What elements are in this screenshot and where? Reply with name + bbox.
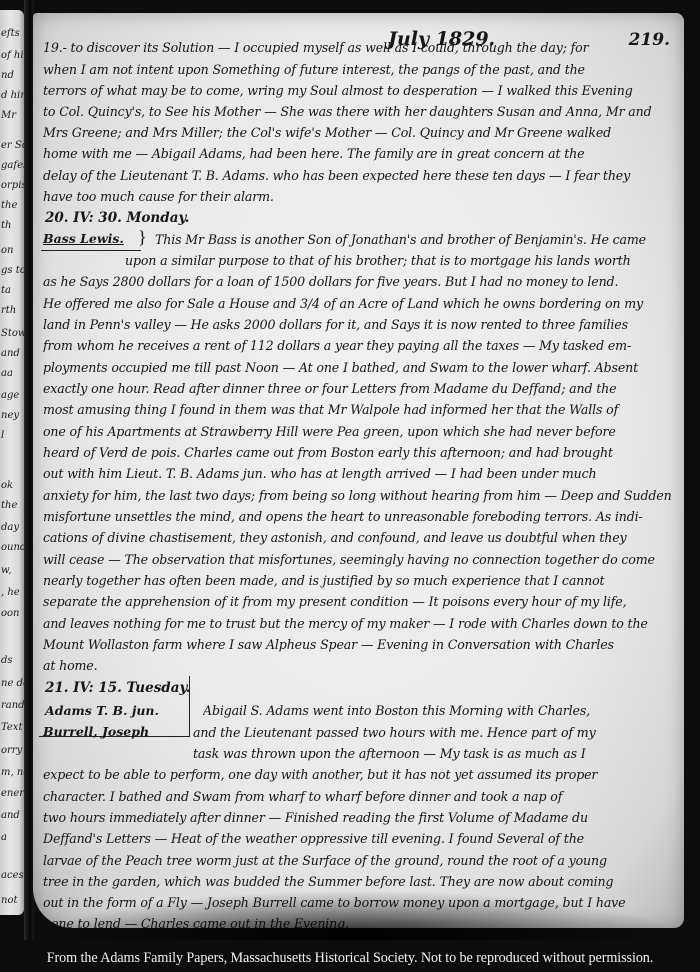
- facing-page-edge: efts of hi nd d him Mr er Son gafes orpi…: [0, 10, 24, 915]
- facing-page-fragment: orpis: [1, 180, 24, 191]
- text-line: heard of Verd de pois. Charles came out …: [43, 445, 679, 461]
- text-line: expect to be able to perform, one day wi…: [43, 767, 679, 783]
- margin-note: Bass Lewis.: [43, 231, 124, 246]
- facing-page-fragment: rand: [1, 700, 24, 711]
- text-line: exactly one hour. Read after dinner thre…: [43, 381, 679, 397]
- facing-page-fragment: rth: [1, 305, 16, 316]
- text-line: Mrs Greene; and Mrs Miller; the Col's wi…: [43, 125, 679, 141]
- margin-note: Adams T. B. jun.: [45, 703, 159, 718]
- text-line: nearly together has often been made, and…: [43, 573, 679, 589]
- facing-page-fragment: aces: [1, 870, 24, 881]
- text-line: to Col. Quincy's, to See his Mother — Sh…: [43, 104, 679, 120]
- facing-page-fragment: d him: [1, 90, 24, 101]
- facing-page-fragment: Mr: [1, 110, 16, 121]
- manuscript-page: July 1829. 219. 19.- to discover its Sol…: [33, 13, 684, 928]
- text-line: anxiety for him, the last two days; from…: [43, 488, 679, 504]
- facing-page-fragment: oon: [1, 608, 19, 619]
- text-line: Mount Wollaston farm where I saw Alpheus…: [43, 637, 679, 653]
- facing-page-fragment: ta: [1, 285, 11, 296]
- text-line: terrors of what may be to come, wring my…: [43, 83, 679, 99]
- text-line: Deffand's Letters — Heat of the weather …: [43, 831, 679, 847]
- text-line: and the Lieutenant passed two hours with…: [193, 725, 679, 741]
- facing-page-fragment: th: [1, 220, 11, 231]
- text-line: Abigail S. Adams went into Boston this M…: [203, 703, 679, 719]
- text-line: tree in the garden, which was budded the…: [43, 874, 679, 890]
- text-line: upon a similar purpose to that of his br…: [125, 253, 679, 269]
- facing-page-fragment: , he: [1, 587, 20, 598]
- text-line: two hours immediately after dinner — Fin…: [43, 810, 679, 826]
- facing-page-fragment: aa: [1, 368, 13, 379]
- text-line: home with me — Abigail Adams, had been h…: [43, 146, 679, 162]
- text-line: from whom he receives a rent of 112 doll…: [43, 338, 679, 354]
- facing-page-fragment: and: [1, 810, 20, 821]
- text-line: as he Says 2800 dollars for a loan of 15…: [43, 274, 679, 290]
- facing-page-fragment: ds: [1, 655, 13, 666]
- text-line: when I am not intent upon Something of f…: [43, 62, 679, 78]
- facing-page-fragment: ener: [1, 788, 24, 799]
- text-line: land in Penn's valley — He asks 2000 dol…: [43, 317, 679, 333]
- text-line: character. I bathed and Swam from wharf …: [43, 789, 679, 805]
- text-line: out with him Lieut. T. B. Adams jun. who…: [43, 466, 679, 482]
- facing-page-fragment: ne de: [1, 678, 24, 689]
- text-line: at home.: [43, 658, 679, 674]
- manuscript-viewer: efts of hi nd d him Mr er Son gafes orpi…: [0, 0, 700, 972]
- text-line: misfortune unsettles the mind, and opens…: [43, 509, 679, 525]
- text-line: cations of divine chastisement, they ast…: [43, 530, 679, 546]
- text-line: task was thrown upon the afternoon — My …: [193, 746, 679, 762]
- text-line: most amusing thing I found in them was t…: [43, 402, 679, 418]
- facing-page-fragment: day: [1, 522, 19, 533]
- facing-page-fragment: w,: [1, 565, 12, 576]
- margin-bracket: }: [138, 227, 147, 248]
- text-line: out in the form of a Fly — Joseph Burrel…: [43, 895, 679, 911]
- facing-page-fragment: and: [1, 348, 20, 359]
- text-line: This Mr Bass is another Son of Jonathan'…: [155, 232, 679, 248]
- facing-page-fragment: ney: [1, 410, 19, 421]
- facing-page-fragment: a: [1, 832, 7, 843]
- facing-page-fragment: gs to: [1, 265, 24, 276]
- text-line: have too much cause for their alarm.: [43, 189, 679, 205]
- facing-page-fragment: on: [1, 245, 13, 256]
- text-line: separate the apprehension of it from my …: [43, 594, 679, 610]
- copyright-footer: From the Adams Family Papers, Massachuse…: [0, 950, 700, 967]
- text-line: and leaves nothing for me to trust but t…: [43, 616, 679, 632]
- text-line: one of his Apartments at Strawberry Hill…: [43, 424, 679, 440]
- text-line: larvae of the Peach tree worm just at th…: [43, 853, 679, 869]
- text-line: He offered me also for Sale a House and …: [43, 296, 679, 312]
- facing-page-fragment: ound: [1, 542, 24, 553]
- text-line: 19.- to discover its Solution — I occupi…: [43, 40, 679, 56]
- margin-note: Burrell, Joseph: [43, 724, 149, 739]
- text-line: none to lend — Charles came out in the E…: [43, 916, 679, 928]
- facing-page-fragment: ok: [1, 480, 13, 491]
- facing-page-fragment: of hi: [1, 50, 24, 61]
- facing-page-fragment: Stow: [1, 328, 24, 339]
- facing-page-fragment: m, no: [1, 767, 24, 778]
- facing-page-fragment: not: [1, 895, 17, 906]
- facing-page-fragment: orry: [1, 745, 22, 756]
- facing-page-fragment: nd: [1, 70, 14, 81]
- facing-page-fragment: Text: [1, 722, 22, 733]
- text-line: delay of the Lieutenant T. B. Adams. who…: [43, 168, 679, 184]
- facing-page-fragment: the: [1, 200, 17, 211]
- facing-page-fragment: gafes: [1, 160, 24, 171]
- facing-page-fragment: age: [1, 390, 19, 401]
- entry-date: 20. IV: 30. Monday.: [45, 210, 189, 226]
- facing-page-fragment: efts: [1, 28, 20, 39]
- facing-page-fragment: l: [1, 430, 4, 441]
- text-line: will cease — The observation that misfor…: [43, 552, 679, 568]
- facing-page-fragment: the: [1, 500, 17, 511]
- facing-page-fragment: er Son: [1, 140, 24, 151]
- text-line: ployments occupied me till past Noon — A…: [43, 360, 679, 376]
